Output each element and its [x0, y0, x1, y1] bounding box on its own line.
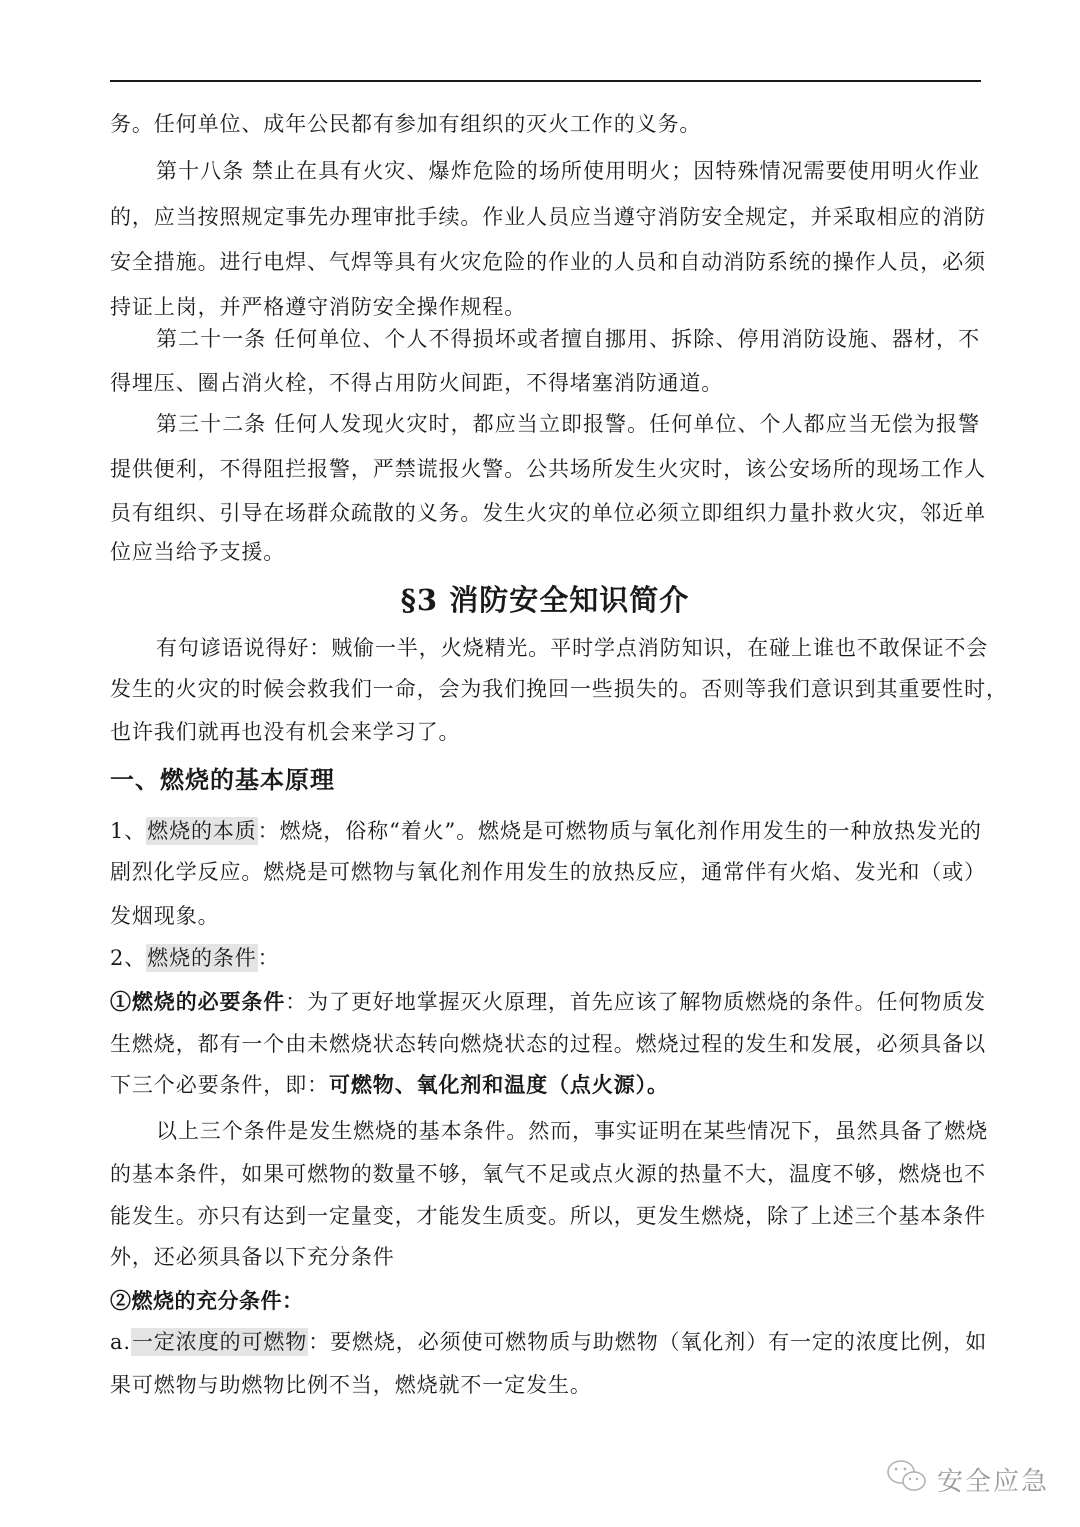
item-text: ：要燃烧，必须使可燃物质与助燃物（氧化剂）有一定的浓度比例，如 [308, 1330, 987, 1354]
item-1-line: 1、燃烧的本质：燃烧，俗称“着火”。燃烧是可燃物质与氧化剂作用发生的一种放热发光… [110, 817, 980, 845]
item-number: 1、 [110, 819, 146, 843]
article-32-line: 提供便利，不得阻拦报警，严禁谎报火警。公共场所发生火灾时，该公安场所的现场工作人 [110, 455, 980, 483]
bold-emphasis: 可燃物、氧化剂和温度（点火源）。 [329, 1072, 669, 1097]
intro-line: 发生的火灾的时候会救我们一命，会为我们挽回一些损失的。否则等我们意识到其重要性时… [110, 675, 980, 703]
heading-combustion-principles: 一、燃烧的基本原理 [110, 764, 335, 796]
necessary-conditions-line: ①燃烧的必要条件：为了更好地掌握灭火原理，首先应该了解物质燃烧的条件。任何物质发 [110, 988, 980, 1016]
article-18-line: 第十八条 禁止在具有火灾、爆炸危险的场所使用明火；因特殊情况需要使用明火作业 [110, 157, 980, 185]
highlight-term: 一定浓度的可燃物 [131, 1328, 308, 1356]
item-text: 下三个必要条件，即： [110, 1073, 329, 1097]
watermark: 安全应急 [885, 1458, 1049, 1501]
explanation-line: 外，还必须具备以下充分条件 [110, 1243, 980, 1271]
item-number: 2、 [110, 946, 146, 970]
explanation-line: 以上三个条件是发生燃烧的基本条件。然而，事实证明在某些情况下，虽然具备了燃烧 [110, 1117, 980, 1145]
necessary-conditions-line: 生燃烧，都有一个由未燃烧状态转向燃烧状态的过程。燃烧过程的发生和发展，必须具备以 [110, 1030, 980, 1058]
header-rule [110, 80, 981, 82]
item-2-line: 2、燃烧的条件： [110, 944, 980, 972]
article-21-line: 得埋压、圈占消火栓，不得占用防火间距，不得堵塞消防通道。 [110, 369, 980, 397]
watermark-text: 安全应急 [937, 1461, 1049, 1498]
subheading-label: ①燃烧的必要条件 [110, 989, 285, 1014]
wechat-icon [885, 1458, 937, 1501]
sufficient-conditions-heading: ②燃烧的充分条件： [110, 1287, 304, 1315]
intro-line: 也许我们就再也没有机会来学习了。 [110, 718, 980, 746]
item-1-line: 剧烈化学反应。燃烧是可燃物与氧化剂作用发生的放热反应，通常伴有火焰、发光和（或） [110, 858, 980, 886]
item-text: ：燃烧，俗称“着火”。燃烧是可燃物质与氧化剂作用发生的一种放热发光的 [258, 819, 982, 843]
paragraph-line: 务。任何单位、成年公民都有参加有组织的灭火工作的义务。 [110, 110, 980, 138]
explanation-line: 能发生。亦只有达到一定量变，才能发生质变。所以，更发生燃烧，除了上述三个基本条件 [110, 1202, 980, 1230]
article-18-line: 持证上岗，并严格遵守消防安全操作规程。 [110, 293, 980, 321]
item-a-line: a.一定浓度的可燃物：要燃烧，必须使可燃物质与助燃物（氧化剂）有一定的浓度比例，… [110, 1328, 980, 1356]
article-21-line: 第二十一条 任何单位、个人不得损坏或者擅自挪用、拆除、停用消防设施、器材，不 [110, 325, 980, 353]
intro-line: 有句谚语说得好：贼偷一半，火烧精光。平时学点消防知识，在碰上谁也不敢保证不会 [110, 634, 980, 662]
article-18-line: 安全措施。进行电焊、气焊等具有火灾危险的作业的人员和自动消防系统的操作人员，必须 [110, 248, 980, 276]
article-32-line: 第三十二条 任何人发现火灾时，都应当立即报警。任何单位、个人都应当无偿为报警 [110, 410, 980, 438]
article-18-line: 的，应当按照规定事先办理审批手续。作业人员应当遵守消防安全规定，并采取相应的消防 [110, 203, 980, 231]
section-title: §3 消防安全知识简介 [110, 582, 980, 618]
highlight-term: 燃烧的本质 [146, 817, 258, 845]
highlight-term: 燃烧的条件 [146, 944, 258, 972]
item-prefix: a. [110, 1330, 131, 1354]
article-32-line: 员有组织、引导在场群众疏散的义务。发生火灾的单位必须立即组织力量扑救火灾，邻近单 [110, 499, 980, 527]
item-1-line: 发烟现象。 [110, 902, 980, 930]
item-text: ： [258, 946, 280, 970]
item-a-line: 果可燃物与助燃物比例不当，燃烧就不一定发生。 [110, 1371, 980, 1399]
necessary-conditions-line: 下三个必要条件，即：可燃物、氧化剂和温度（点火源）。 [110, 1071, 980, 1099]
item-text: ：为了更好地掌握灭火原理，首先应该了解物质燃烧的条件。任何物质发 [285, 990, 986, 1014]
article-32-line: 位应当给予支援。 [110, 538, 980, 566]
explanation-line: 的基本条件，如果可燃物的数量不够，氧气不足或点火源的热量不大，温度不够，燃烧也不 [110, 1160, 980, 1188]
